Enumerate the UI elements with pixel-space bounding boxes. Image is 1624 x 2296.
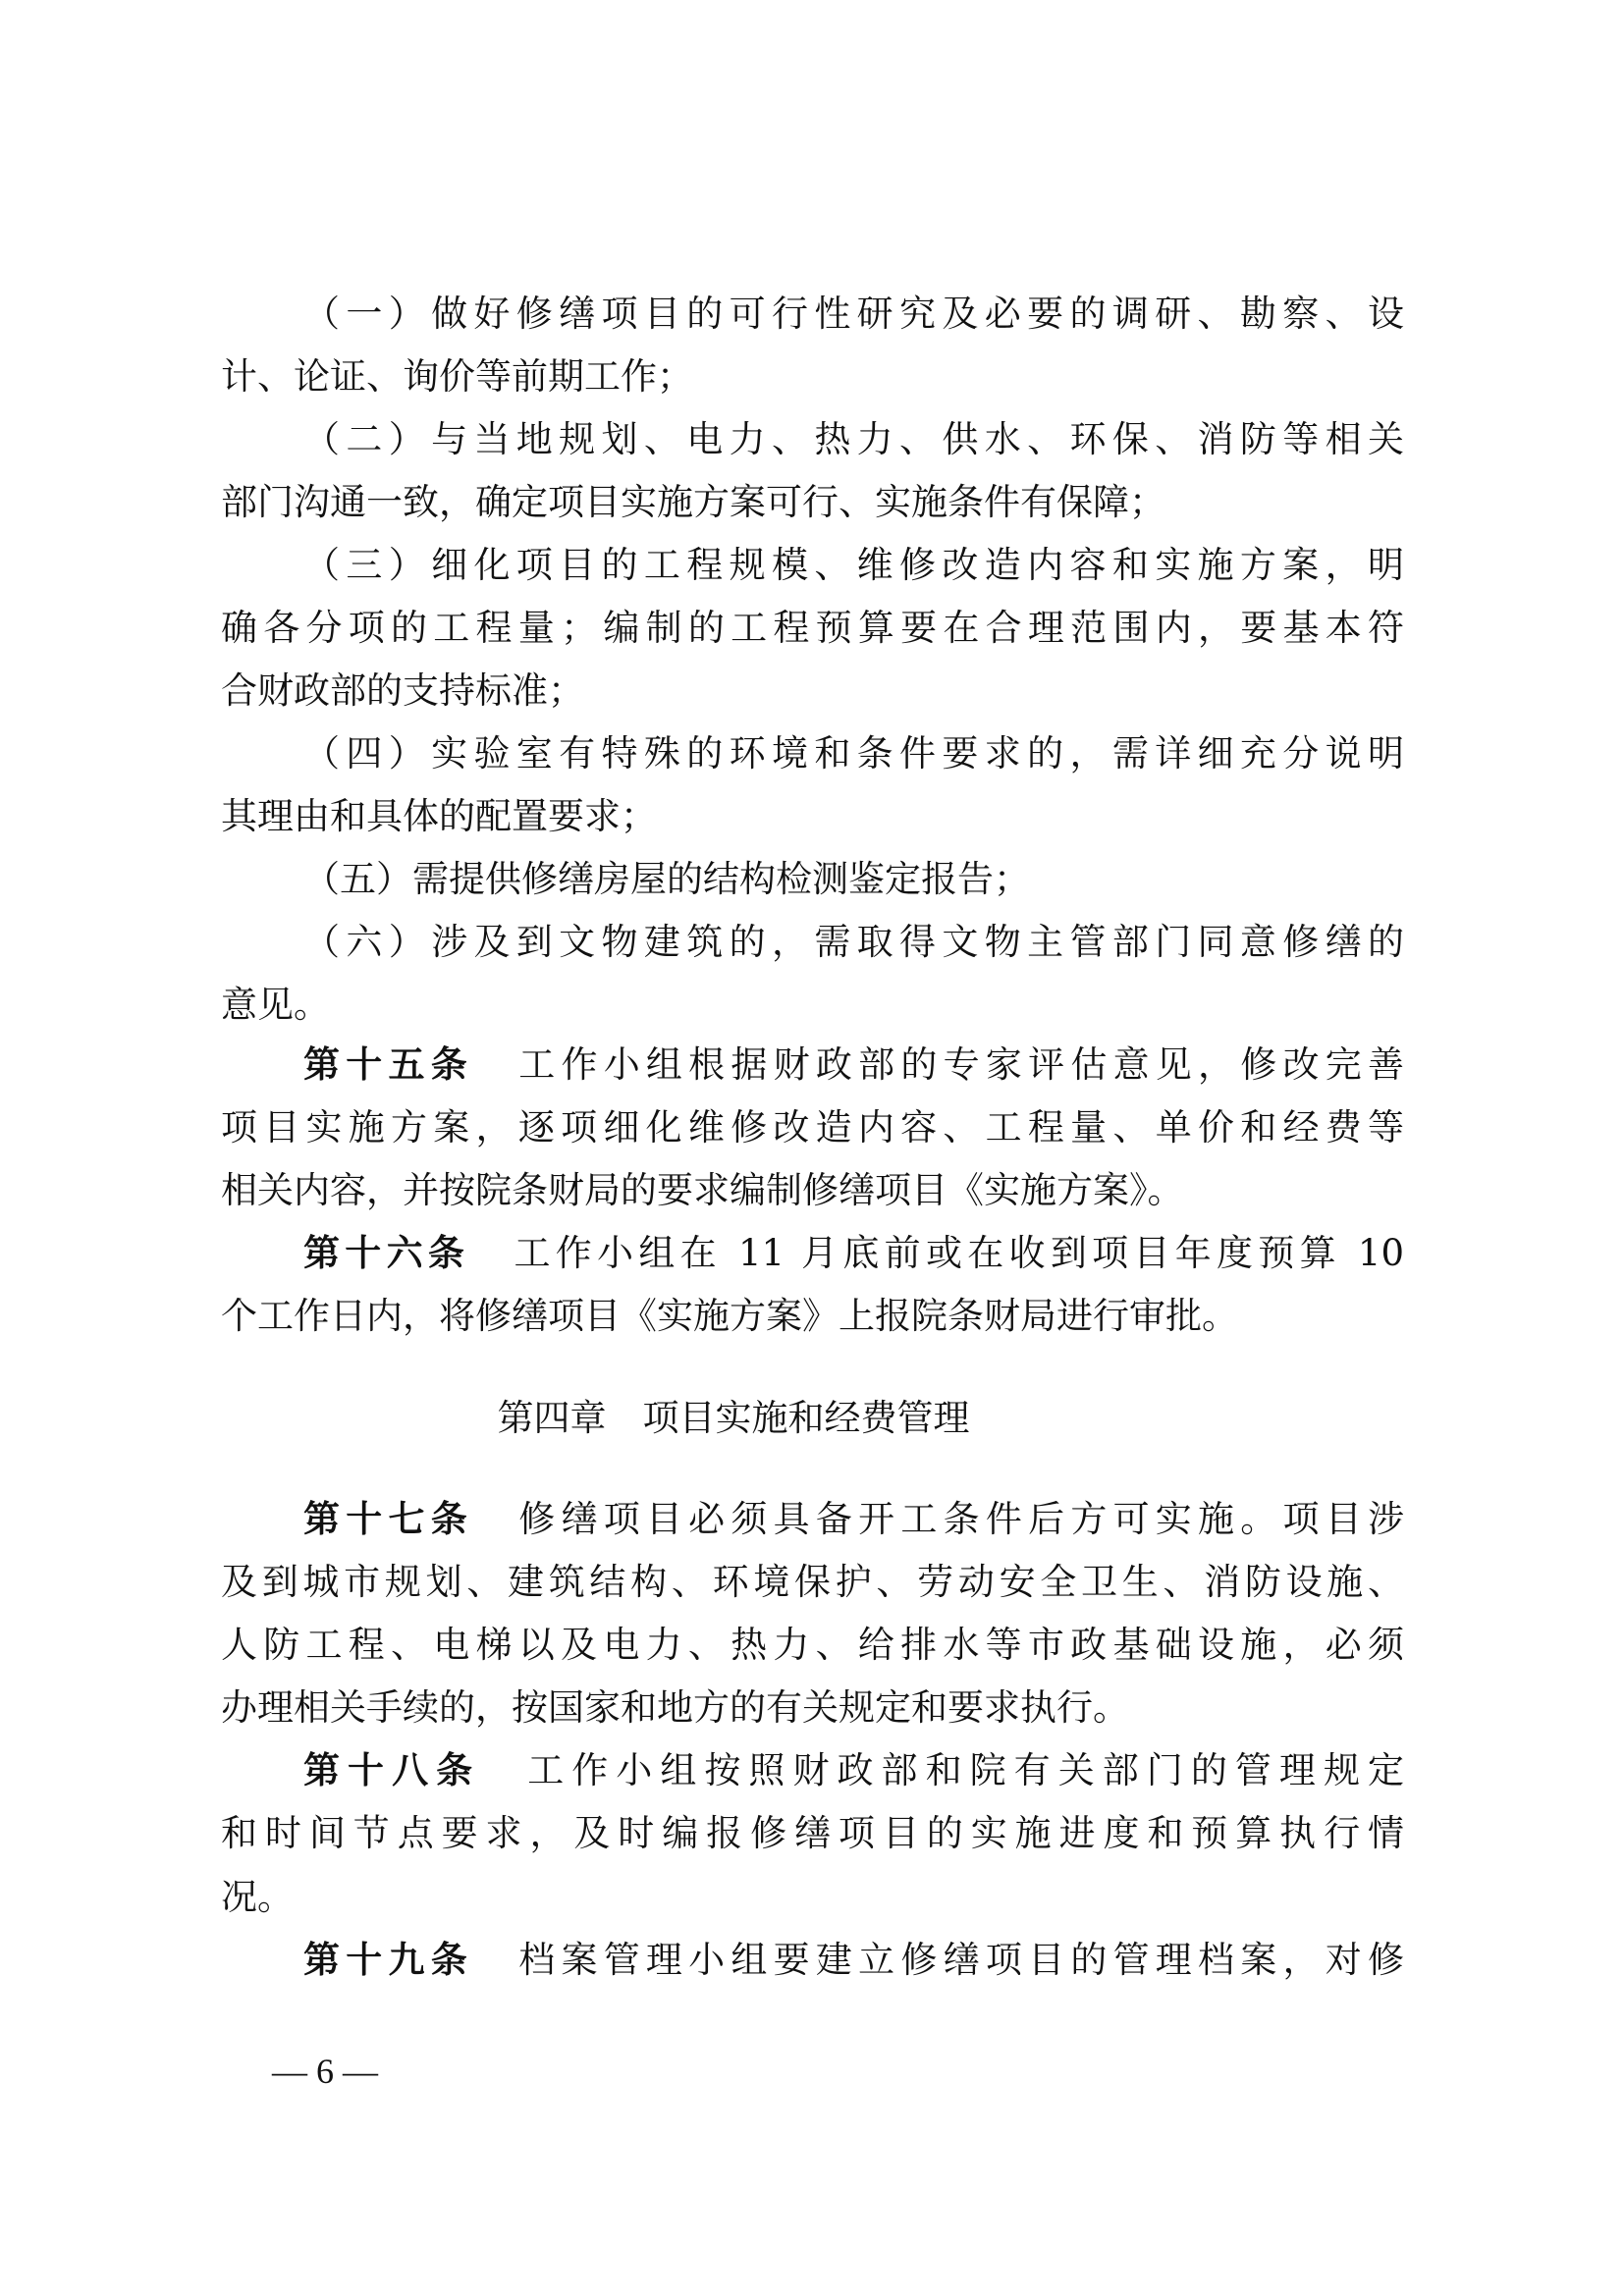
line-text: 确各分项的工程量；编制的工程预算要在合理范围内，要基本符 [221, 607, 1404, 649]
line-text: 合财政部的支持标准； [221, 669, 584, 712]
article-line: 第十九条档案管理小组要建立修缮项目的管理档案，对修 [303, 1929, 1404, 1992]
text-line: 况。 [221, 1866, 1404, 1929]
article-line: 第十八条工作小组按照财政部和院有关部门的管理规定 [303, 1739, 1404, 1802]
text-line: 个工作日内，将修缮项目《实施方案》上报院条财局进行审批。 [221, 1285, 1404, 1348]
text-line: 项目实施方案，逐项细化维修改造内容、工程量、单价和经费等 [221, 1096, 1404, 1159]
article-number: 第十六条 [303, 1232, 469, 1274]
text-line: 办理相关手续的，按国家和地方的有关规定和要求执行。 [221, 1677, 1404, 1739]
chapter-heading: 第四章 项目实施和经费管理 [0, 1387, 1624, 1450]
line-text: 个工作日内，将修缮项目《实施方案》上报院条财局进行审批。 [221, 1295, 1238, 1337]
article-line: 第十六条工作小组在 11 月底前或在收到项目年度预算 10 [303, 1222, 1404, 1285]
text-line: （四）实验室有特殊的环境和条件要求的，需详细充分说明 [303, 722, 1404, 785]
line-text: 项目实施方案，逐项细化维修改造内容、工程量、单价和经费等 [221, 1106, 1404, 1148]
article-line: 第十七条修缮项目必须具备开工条件后方可实施。项目涉 [303, 1488, 1404, 1551]
article-line: 第十五条工作小组根据财政部的专家评估意见，修改完善 [303, 1034, 1404, 1096]
line-text: （六）涉及到文物建筑的，需取得文物主管部门同意修缮的 [303, 921, 1404, 963]
page-number: — 6 — [272, 2047, 378, 2096]
article-number: 第十五条 [303, 1043, 473, 1086]
text-line: 合财政部的支持标准； [221, 660, 1404, 722]
line-text: 工作小组在 11 月底前或在收到项目年度预算 10 [509, 1232, 1404, 1274]
line-text: 工作小组按照财政部和院有关部门的管理规定 [519, 1749, 1404, 1791]
text-line: 确各分项的工程量；编制的工程预算要在合理范围内，要基本符 [221, 597, 1404, 660]
line-text: 和时间节点要求，及时编报修缮项目的实施进度和预算执行情 [221, 1812, 1404, 1854]
text-line: （五）需提供修缮房屋的结构检测鉴定报告； [303, 848, 1404, 911]
text-line: 和时间节点要求，及时编报修缮项目的实施进度和预算执行情 [221, 1802, 1404, 1865]
text-line: 计、论证、询价等前期工作； [221, 346, 1404, 408]
line-text: 及到城市规划、建筑结构、环境保护、劳动安全卫生、消防设施、 [221, 1561, 1404, 1603]
line-text: 况。 [221, 1876, 294, 1918]
line-text: （一）做好修缮项目的可行性研究及必要的调研、勘察、设 [303, 293, 1404, 335]
text-line: 相关内容，并按院条财局的要求编制修缮项目《实施方案》。 [221, 1159, 1404, 1222]
text-line: 人防工程、电梯以及电力、热力、给排水等市政基础设施，必须 [221, 1614, 1404, 1677]
text-line: 部门沟通一致，确定项目实施方案可行、实施条件有保障； [221, 471, 1404, 534]
text-line: （二）与当地规划、电力、热力、供水、环保、消防等相关 [303, 408, 1404, 471]
line-text: 计、论证、询价等前期工作； [221, 355, 693, 398]
line-text: 其理由和具体的配置要求； [221, 795, 657, 837]
line-text: （二）与当地规划、电力、热力、供水、环保、消防等相关 [303, 418, 1404, 460]
text-line: 意见。 [221, 974, 1404, 1037]
text-line: （六）涉及到文物建筑的，需取得文物主管部门同意修缮的 [303, 911, 1404, 974]
line-text: 人防工程、电梯以及电力、热力、给排水等市政基础设施，必须 [221, 1624, 1404, 1666]
line-text: 修缮项目必须具备开工条件后方可实施。项目涉 [513, 1498, 1404, 1540]
text-line: 其理由和具体的配置要求； [221, 785, 1404, 848]
text-line: （三）细化项目的工程规模、维修改造内容和实施方案，明 [303, 534, 1404, 597]
line-text: 部门沟通一致，确定项目实施方案可行、实施条件有保障； [221, 481, 1165, 523]
line-text: 相关内容，并按院条财局的要求编制修缮项目《实施方案》。 [221, 1169, 1184, 1211]
line-text: （四）实验室有特殊的环境和条件要求的，需详细充分说明 [303, 732, 1404, 774]
article-number: 第十八条 [303, 1749, 480, 1791]
line-text: 办理相关手续的，按国家和地方的有关规定和要求执行。 [221, 1686, 1129, 1729]
line-text: 意见。 [221, 984, 330, 1026]
line-text: （三）细化项目的工程规模、维修改造内容和实施方案，明 [303, 544, 1404, 586]
text-line: 及到城市规划、建筑结构、环境保护、劳动安全卫生、消防设施、 [221, 1551, 1404, 1614]
line-text: 工作小组根据财政部的专家评估意见，修改完善 [513, 1043, 1404, 1086]
document-page: （一）做好修缮项目的可行性研究及必要的调研、勘察、设计、论证、询价等前期工作；（… [0, 0, 1624, 2296]
article-number: 第十九条 [303, 1939, 473, 1981]
line-text: （五）需提供修缮房屋的结构检测鉴定报告； [303, 858, 1030, 900]
text-line: （一）做好修缮项目的可行性研究及必要的调研、勘察、设 [303, 283, 1404, 346]
line-text: 档案管理小组要建立修缮项目的管理档案，对修 [513, 1939, 1404, 1981]
article-number: 第十七条 [303, 1498, 473, 1540]
